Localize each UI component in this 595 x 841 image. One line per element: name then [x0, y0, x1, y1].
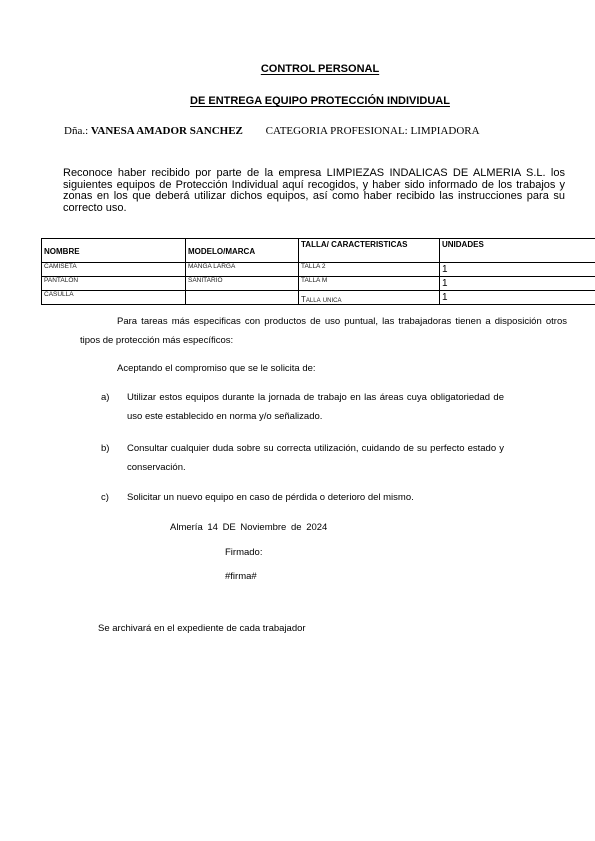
table-row: PANTALON SANITARIO TALLA M 1	[42, 277, 595, 291]
item-letter: a)	[101, 389, 109, 408]
item-text: Solicitar un nuevo equipo en caso de pér…	[127, 489, 504, 508]
table-row: CAMISETA MANGA LARGA TALLA 2 1	[42, 263, 595, 277]
cell-modelo: SANITARIO	[186, 277, 299, 291]
cell-talla: TALLA 2	[299, 263, 440, 277]
header-nombre: NOMBRE	[42, 239, 186, 263]
header-unidades: UNIDADES	[440, 239, 595, 263]
salutation: Dña.:	[64, 125, 88, 137]
cell-talla: TALLA M	[299, 277, 440, 291]
cell-nombre: CASULLA	[42, 291, 186, 305]
header-talla: TALLA/ CARACTERISTICAS	[299, 239, 440, 263]
category-label: CATEGORIA PROFESIONAL:	[266, 125, 408, 137]
document-title: CONTROL PERSONAL	[0, 63, 595, 75]
signed-label: Firmado:	[225, 547, 262, 558]
cell-unidades: 1	[440, 263, 595, 277]
person-line: Dña.: VANESA AMADOR SANCHEZ CATEGORIA PR…	[64, 125, 480, 137]
employee-name: VANESA AMADOR SANCHEZ	[91, 125, 243, 137]
cell-unidades: 1	[440, 277, 595, 291]
table-header-row: NOMBRE MODELO/MARCA TALLA/ CARACTERISTIC…	[42, 239, 595, 263]
accept-line: Aceptando el compromiso que se le solici…	[117, 363, 316, 374]
specific-protection-paragraph: Para tareas más especificas con producto…	[80, 312, 567, 350]
archive-note: Se archivará en el expediente de cada tr…	[98, 623, 306, 634]
equipment-table: NOMBRE MODELO/MARCA TALLA/ CARACTERISTIC…	[41, 238, 595, 305]
document-subtitle: DE ENTREGA EQUIPO PROTECCIÓN INDIVIDUAL	[0, 95, 595, 107]
item-letter: c)	[101, 489, 109, 508]
category-value: LIMPIADORA	[411, 125, 480, 137]
cell-modelo: MANGA LARGA	[186, 263, 299, 277]
table-row: CASULLA Talla unica 1	[42, 291, 595, 305]
cell-nombre: CAMISETA	[42, 263, 186, 277]
header-modelo: MODELO/MARCA	[186, 239, 299, 263]
cell-nombre: PANTALON	[42, 277, 186, 291]
cell-modelo	[186, 291, 299, 305]
item-text: Utilizar estos equipos durante la jornad…	[127, 389, 504, 426]
signature-placeholder: #firma#	[225, 571, 257, 582]
cell-unidades: 1	[440, 291, 595, 305]
cell-talla: Talla unica	[299, 291, 440, 305]
item-letter: b)	[101, 440, 109, 459]
item-text: Consultar cualquier duda sobre su correc…	[127, 440, 504, 477]
intro-paragraph: Reconoce haber recibido por parte de la …	[63, 168, 565, 214]
date-line: Almería 14 DE Noviembre de 2024	[170, 522, 327, 533]
